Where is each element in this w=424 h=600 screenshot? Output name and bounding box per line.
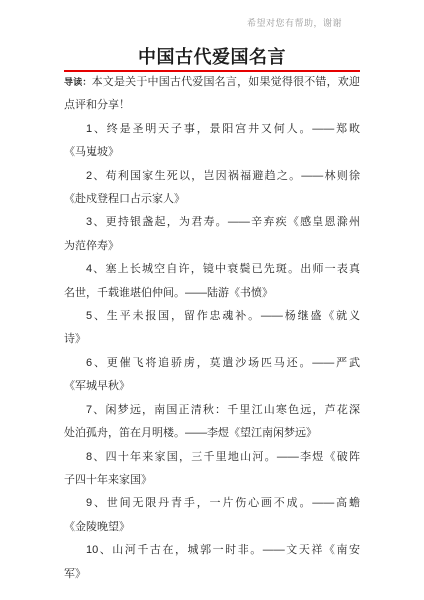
lead-label: 导读： [64,77,92,87]
lead-paragraph-line: 导读：本文是关于中国古代爱国名言，如果觉得很不错，欢迎 [64,71,360,94]
lead-paragraph-line: 点评和分享！ [64,94,360,117]
document-body: 导读：本文是关于中国古代爱国名言，如果觉得很不错，欢迎点评和分享！1、终是圣明天… [64,71,360,586]
quote-line: 处泊孤舟，笛在月明楼。——李煜《望江南闲梦远》 [64,422,360,445]
quote-line: 军》 [64,563,360,586]
quote-line: 《马嵬坡》 [64,141,360,164]
quote-line: 《金陵晚望》 [64,516,360,539]
header-note: 希望对您有帮助，谢谢 [247,16,342,29]
quote-line: 为范倅寿》 [64,235,360,258]
quote-line: 9、世间无限丹青手，一片伤心画不成。——高蟾 [64,492,360,515]
quote-line: 4、塞上长城空自许，镜中衰鬓已先斑。出师一表真 [64,258,360,281]
quote-line: 5、生平未报国，留作忠魂补。——杨继盛《就义 [64,305,360,328]
quote-line: 名世，千载谁堪伯仲间。——陆游《书愤》 [64,282,360,305]
lead-text: 本文是关于中国古代爱国名言，如果觉得很不错，欢迎 [92,76,360,88]
document-page: 希望对您有帮助，谢谢 中国古代爱国名言 导读：本文是关于中国古代爱国名言，如果觉… [0,0,424,600]
quote-line: 《赴戍登程口占示家人》 [64,188,360,211]
quote-line: 6、更催飞将追骄虏，莫遣沙场匹马还。——严武 [64,352,360,375]
quote-line: 子四十年来家国》 [64,469,360,492]
quote-line: 1、终是圣明天子事，景阳宫井又何人。——郑畋 [64,118,360,141]
quote-line: 3、更持银盏起，为君寿。——辛弃疾《感皇恩滁州 [64,211,360,234]
quote-line: 7、闲梦远，南国正清秋：千里江山寒色远，芦花深 [64,399,360,422]
quote-line: 《军城早秋》 [64,375,360,398]
quote-line: 2、苟利国家生死以，岂因祸福避趋之。——林则徐 [64,165,360,188]
quote-line: 8、四十年来家国，三千里地山河。——李煜《破阵 [64,446,360,469]
quote-line: 诗》 [64,328,360,351]
page-title: 中国古代爱国名言 [0,43,424,69]
quote-line: 10、山河千古在，城郭一时非。——文天祥《南安 [64,539,360,562]
